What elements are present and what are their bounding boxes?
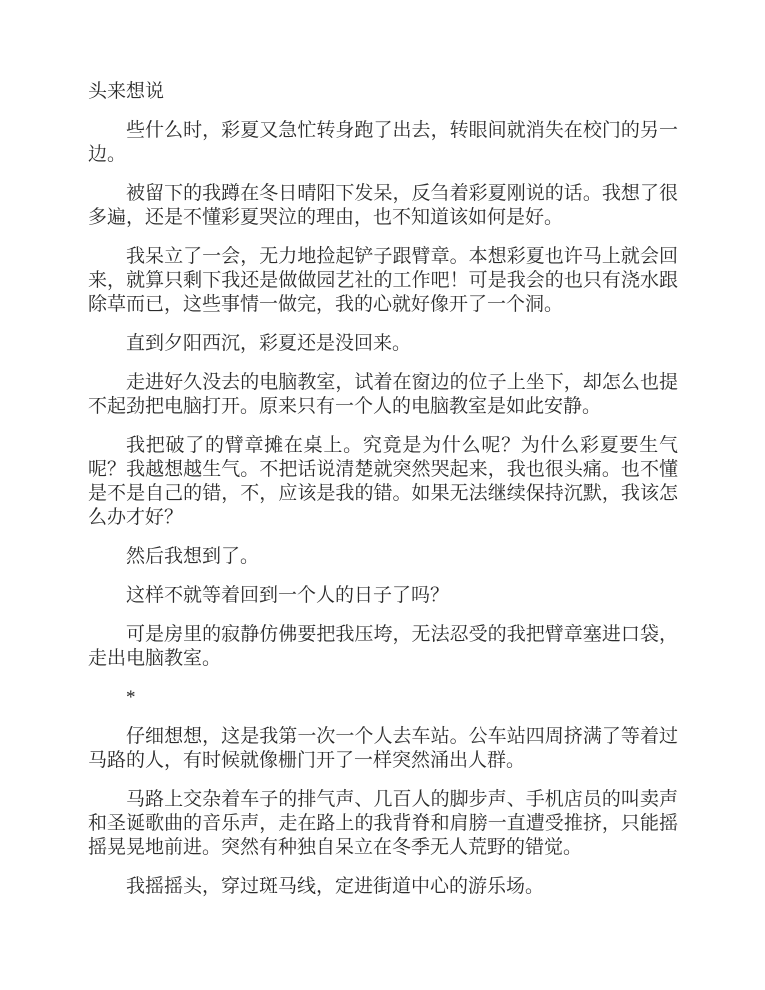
paragraph: 可是房里的寂静仿佛要把我压垮，无法忍受的我把臂章塞进口袋，走出电脑教室。 <box>88 623 678 671</box>
paragraph: 仔细想想，这是我第一次一个人去车站。公车站四周挤满了等着过马路的人，有时候就像栅… <box>88 725 678 773</box>
paragraph: 这样不就等着回到一个人的日子了吗？ <box>88 584 678 608</box>
paragraph: 头来想说 <box>88 80 678 104</box>
paragraph: 我呆立了一会，无力地捡起铲子跟臂章。本想彩夏也许马上就会回来，就算只剩下我还是做… <box>88 245 678 317</box>
paragraph: 些什么时，彩夏又急忙转身跑了出去，转眼间就消失在校门的另一边。 <box>88 119 678 167</box>
paragraph: 被留下的我蹲在冬日晴阳下发呆，反刍着彩夏刚说的话。我想了很多遍，还是不懂彩夏哭泣… <box>88 182 678 230</box>
page-content: 头来想说些什么时，彩夏又急忙转身跑了出去，转眼间就消失在校门的另一边。被留下的我… <box>88 80 678 899</box>
paragraph: 我把破了的臂章摊在桌上。究竟是为什么呢？为什么彩夏要生气呢？我越想越生气。不把话… <box>88 434 678 530</box>
paragraph: 马路上交杂着车子的排气声、几百人的脚步声、手机店员的叫卖声和圣诞歌曲的音乐声，走… <box>88 788 678 860</box>
document-page: 头来想说些什么时，彩夏又急忙转身跑了出去，转眼间就消失在校门的另一边。被留下的我… <box>0 0 765 990</box>
paragraph: 直到夕阳西沉，彩夏还是没回来。 <box>88 332 678 356</box>
paragraph: 我摇摇头，穿过斑马线，定进街道中心的游乐场。 <box>88 875 678 899</box>
paragraph: 然后我想到了。 <box>88 545 678 569</box>
paragraph: 走进好久没去的电脑教室，试着在窗边的位子上坐下，却怎么也提不起劲把电脑打开。原来… <box>88 371 678 419</box>
section-separator: * <box>88 686 678 710</box>
